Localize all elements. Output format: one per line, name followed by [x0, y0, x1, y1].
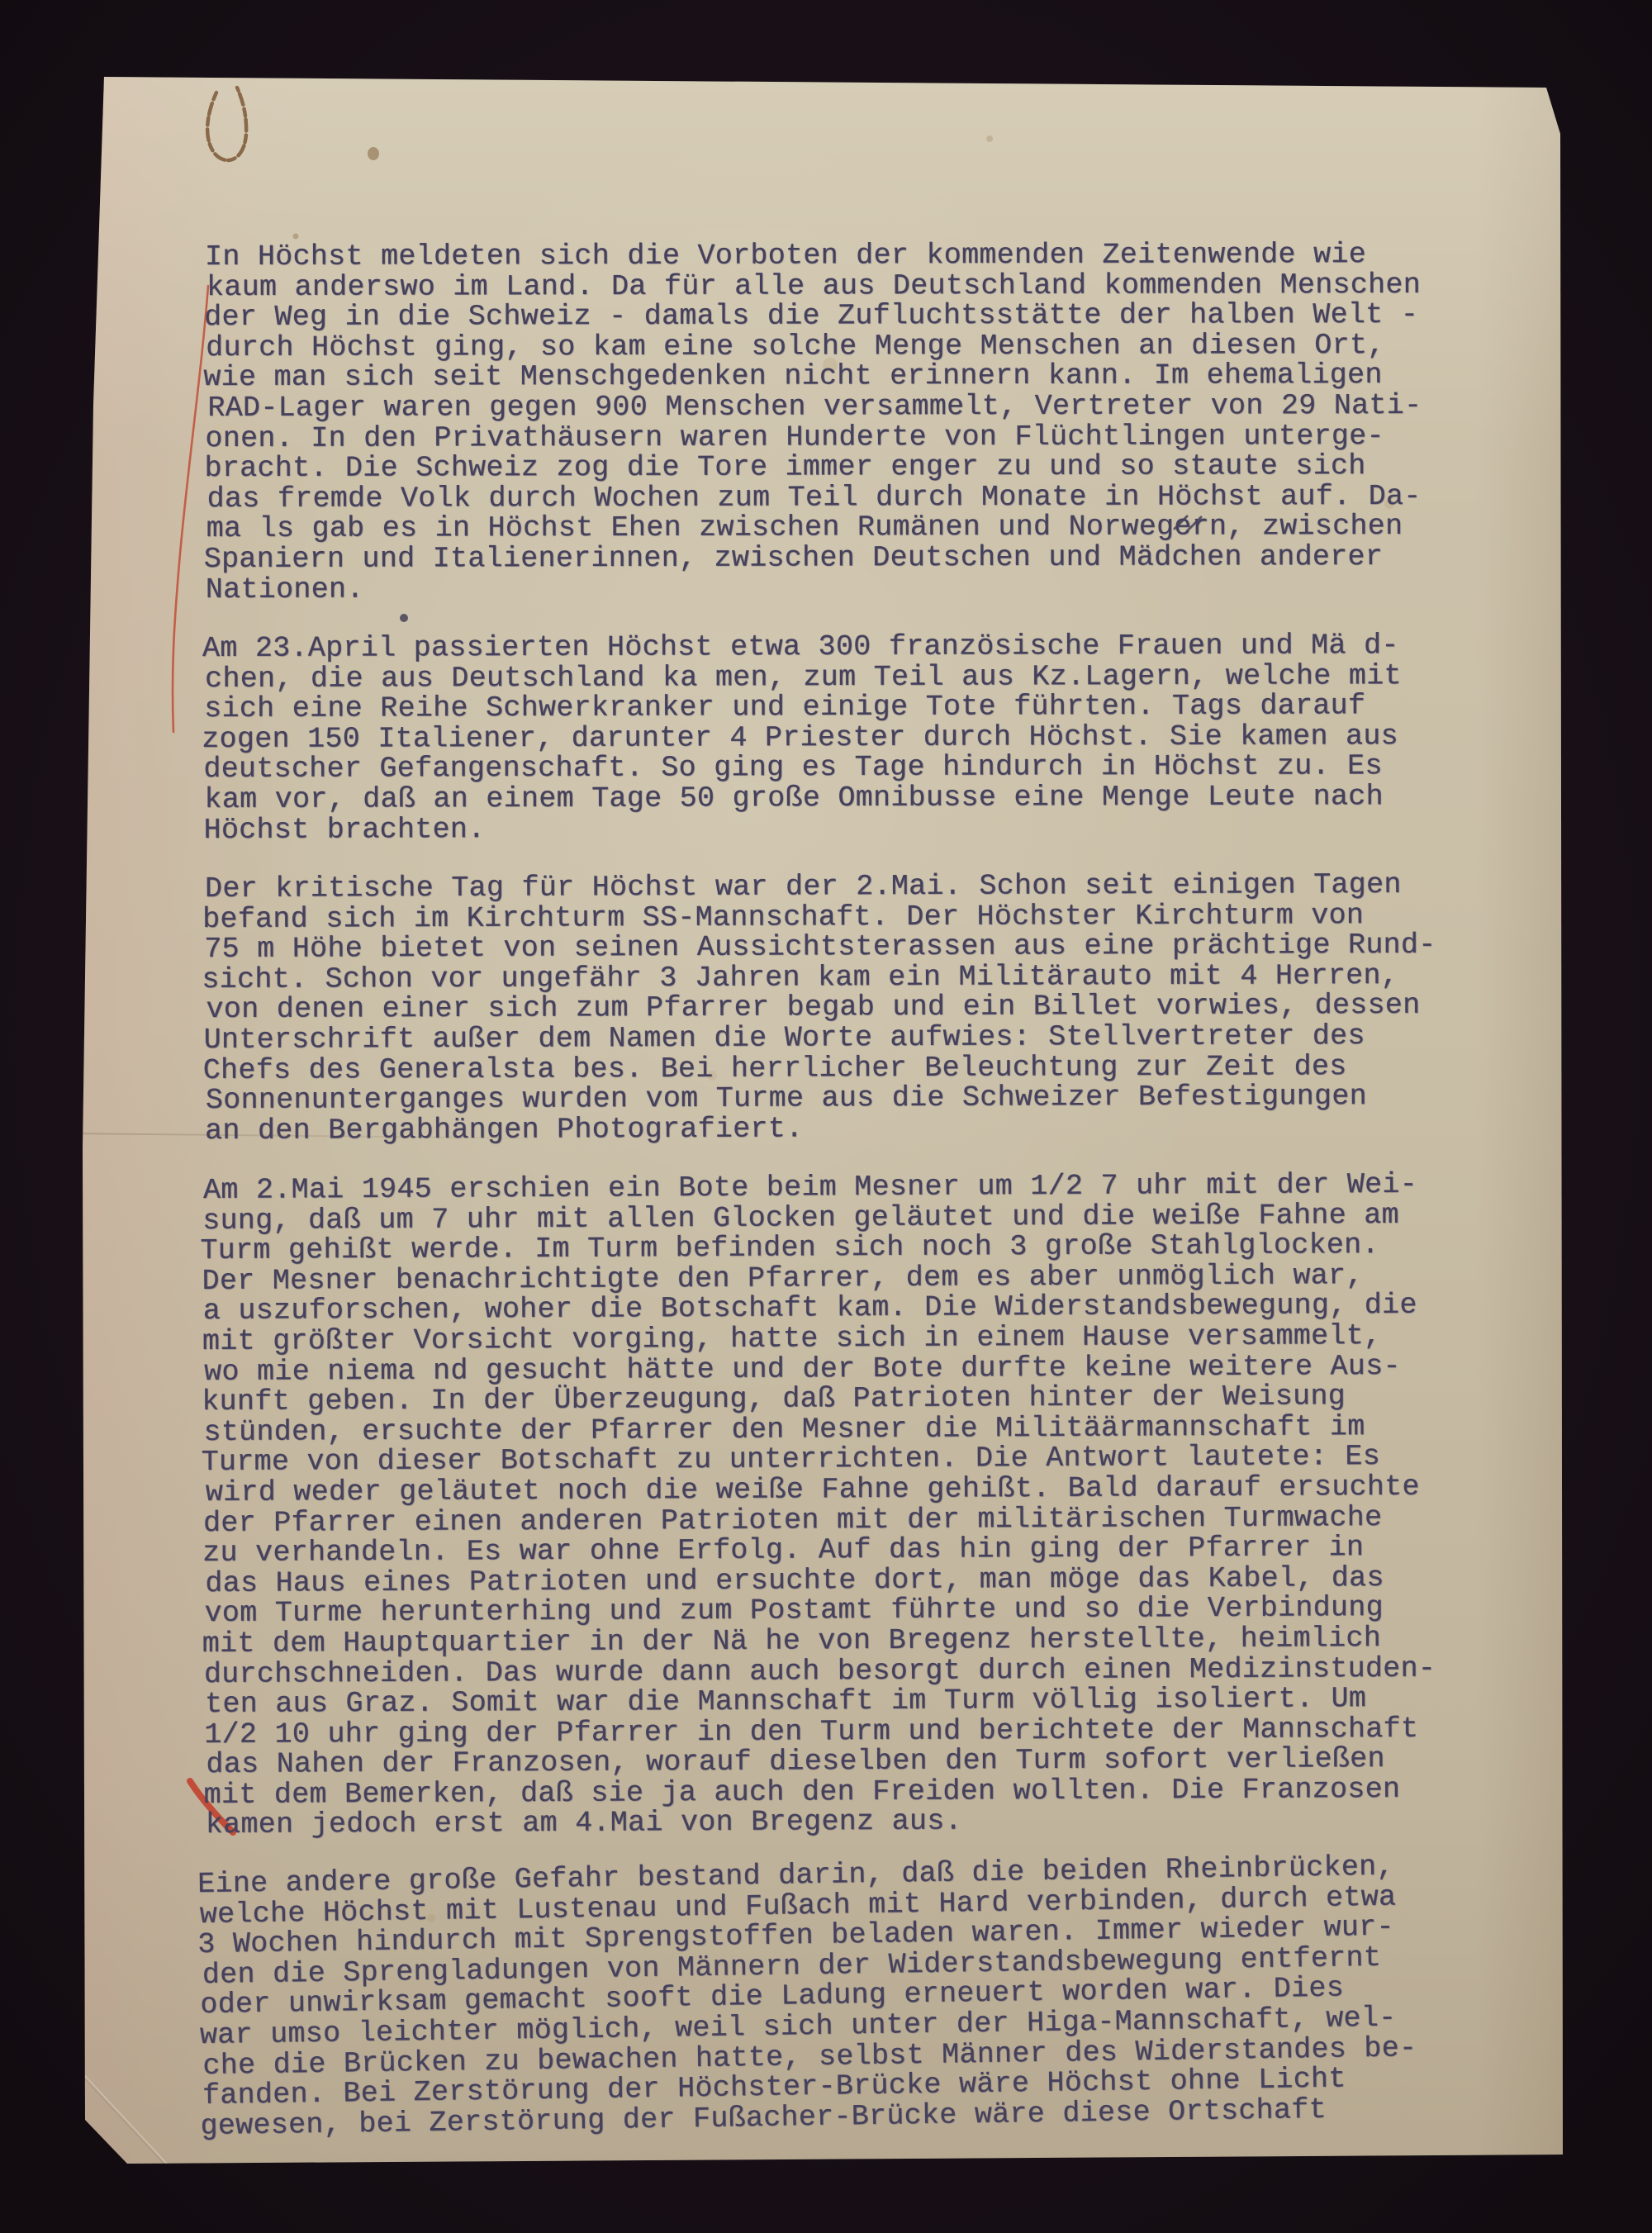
paragraph: Am 23.April passierten Höchst etwa 300 f… — [203, 630, 1463, 845]
paragraph: Am 2.Mai 1945 erschien ein Bote beim Mes… — [202, 1169, 1465, 1841]
paragraph: In Höchst meldeten sich die Vorboten der… — [205, 240, 1463, 605]
typewritten-text: In Höchst meldeten sich die Vorboten der… — [198, 242, 1462, 2170]
text-line: das fremde Volk durch Wochen zum Teil du… — [207, 482, 1464, 515]
text-line: Sonnenunterganges wurden vom Turme aus d… — [206, 1081, 1464, 1116]
text-line: bracht. Die Schweiz zog die Tore immer e… — [205, 451, 1462, 484]
text-line: In Höchst meldeten sich die Vorboten der… — [205, 240, 1462, 273]
document-page: In Höchst meldeten sich die Vorboten der… — [83, 74, 1565, 2166]
text-line: der Weg in die Schweiz - damals die Zufl… — [204, 300, 1461, 333]
handwritten-pen-mark — [207, 88, 246, 160]
text-line: kam vor, daß an einem Tage 50 große Omni… — [204, 782, 1463, 815]
text-line: Höchst brachten. — [204, 812, 1463, 846]
text-line: onen. In den Privathäusern waren Hundert… — [205, 420, 1462, 454]
text-line: Spaniern und Italienerinnen, zwischen De… — [204, 542, 1461, 575]
text-line: ma ls gab es in Höchst Ehen zwischen Rum… — [206, 511, 1464, 544]
text-line: kaum anderswo im Land. Da für alle aus D… — [206, 269, 1464, 302]
text-line: an den Bergabhängen Photografiert. — [205, 1112, 1464, 1147]
paragraph: Eine andere große Gefahr bestand darin, … — [198, 1851, 1466, 2141]
text-line: durch Höchst ging, so kam eine solche Me… — [206, 330, 1463, 363]
scan-background: In Höchst meldeten sich die Vorboten der… — [0, 0, 1652, 2233]
text-line: wie man sich seit Menschgedenken nicht e… — [203, 360, 1460, 393]
paragraph: Der kritische Tag für Höchst war der 2.M… — [203, 870, 1463, 1147]
text-line: kamen jedoch erst am 4.Mai von Bregenz a… — [206, 1804, 1466, 1841]
text-line: RAD-Lager waren gegen 900 Menschen versa… — [207, 391, 1464, 424]
text-line: Nationen. — [206, 572, 1463, 605]
